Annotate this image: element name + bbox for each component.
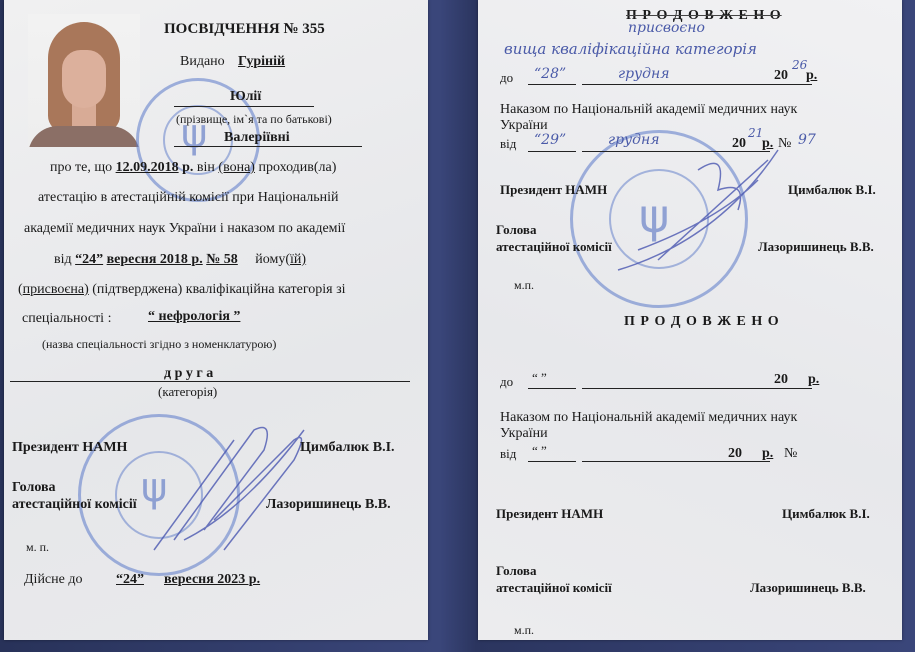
president-name: Цимбалюк В.І. <box>782 506 870 522</box>
from-day: “29” <box>534 132 566 148</box>
specialty-value: “ нефрологія ” <box>148 309 240 325</box>
seal-label: м.п. <box>514 278 534 293</box>
chair-label: атестаційної комісії <box>496 239 612 255</box>
text: він <box>197 160 215 175</box>
from-year-handwritten: 21 <box>748 126 763 140</box>
order-number: № 58 <box>206 252 238 267</box>
chair-name: Лазоришинець В.В. <box>758 239 874 255</box>
until-label: до <box>500 70 513 86</box>
chair-label: атестаційної комісії <box>12 497 137 513</box>
president-name: Цимбалюк В.І. <box>788 182 876 198</box>
holder-patronymic: Валеріївні <box>224 130 290 146</box>
order-number: 97 <box>798 132 816 148</box>
until-day: “28” <box>534 66 566 82</box>
text: р. <box>806 68 817 84</box>
seal-label: м. п. <box>26 540 49 555</box>
specialty-caption: (назва спеціальності згідно з номенклату… <box>42 337 276 352</box>
chair-name: Лазоришинець В.В. <box>266 497 391 513</box>
text: р. <box>182 160 193 175</box>
text: проходив(ла) <box>258 160 336 175</box>
until-month: грудня <box>618 66 670 82</box>
chair-name: Лазоришинець В.В. <box>750 580 866 596</box>
text: р. <box>762 136 773 152</box>
signature <box>144 420 314 560</box>
chair-label: Голова <box>496 563 536 579</box>
certificate-left-page: ψ ψ ПОСВІДЧЕННЯ № 355 Видано Гуріній Юлі… <box>4 0 428 640</box>
handwritten-note: вища кваліфікаційна категорія <box>504 40 757 58</box>
from-year: 20 <box>728 446 742 462</box>
from-month: грудня <box>608 132 660 148</box>
order-text: Наказом по Національній академії медични… <box>500 410 797 426</box>
from-year: 20 <box>732 136 746 152</box>
text: про те, що <box>50 160 112 175</box>
text: (підтверджена) кваліфікаційна категорія … <box>92 282 345 297</box>
attestation-date: 12.09.2018 <box>116 160 179 175</box>
until-year-handwritten: 26 <box>792 58 807 72</box>
category-value: д р у г а <box>164 366 213 382</box>
attestation-text-line: академії медичних наук України і наказом… <box>24 221 345 237</box>
holder-photo <box>28 14 140 147</box>
until-year: 20 <box>774 372 788 388</box>
from-day-blank: “ ” <box>532 443 547 459</box>
holder-first-name: Юлії <box>230 89 261 105</box>
from-label: від <box>500 136 516 152</box>
certificate-title: ПОСВІДЧЕННЯ № 355 <box>164 21 325 38</box>
text: від <box>54 252 72 267</box>
seal-label: м.п. <box>514 623 534 638</box>
number-label: № <box>778 136 791 152</box>
signature <box>598 140 798 280</box>
chair-label: Голова <box>496 222 536 238</box>
valid-until-day: “24” <box>116 572 144 588</box>
order-line: від “24” вересня 2018 р. № 58 йому(їй) <box>54 252 306 268</box>
text: йому( <box>255 252 290 267</box>
president-label: Президент НАМН <box>500 182 607 198</box>
attestation-text-line: атестацію в атестаційній комісії при Нац… <box>38 190 339 206</box>
until-year: 20 <box>774 68 788 84</box>
name-caption: (прізвище, ім`я та по батькові) <box>176 112 332 127</box>
order-day: “24” <box>75 252 103 267</box>
text: р. <box>762 446 773 462</box>
specialty-label: спеціальності : <box>22 311 111 327</box>
valid-until-month-year: вересня 2023 р. <box>164 572 260 588</box>
category-caption: (категорія) <box>158 384 217 400</box>
chair-label: атестаційної комісії <box>496 580 612 596</box>
holder-surname: Гуріній <box>238 54 285 70</box>
order-text: Наказом по Національній академії медични… <box>500 102 797 118</box>
text: р. <box>808 372 819 388</box>
text: їй) <box>290 252 306 267</box>
president-label: Президент НАМН <box>496 506 603 522</box>
from-label: від <box>500 446 516 462</box>
order-month-year: вересня 2018 р. <box>107 252 203 267</box>
number-label: № <box>784 446 797 462</box>
order-text: України <box>500 426 548 442</box>
text: (вона) <box>218 160 255 175</box>
until-label: до <box>500 374 513 390</box>
issued-label: Видано <box>180 54 225 70</box>
valid-until-label: Дійсне до <box>24 572 82 588</box>
category-line: (присвоєна) (підтверджена) кваліфікаційн… <box>18 282 346 298</box>
president-name: Цимбалюк В.І. <box>300 440 395 456</box>
president-label: Президент НАМН <box>12 440 127 456</box>
chair-label: Голова <box>12 480 56 496</box>
text: присвоєна) <box>23 282 89 297</box>
until-day-blank: “ ” <box>532 370 547 386</box>
extension-title: П Р О Д О В Ж Е Н О <box>624 314 780 330</box>
certificate-right-page: ψ П Р О Д О В Ж Е Н О присвоєно вища ква… <box>478 0 902 640</box>
handwritten-correction: присвоєно <box>628 20 705 36</box>
attestation-line: про те, що 12.09.2018 р. він (вона) прох… <box>50 160 336 176</box>
